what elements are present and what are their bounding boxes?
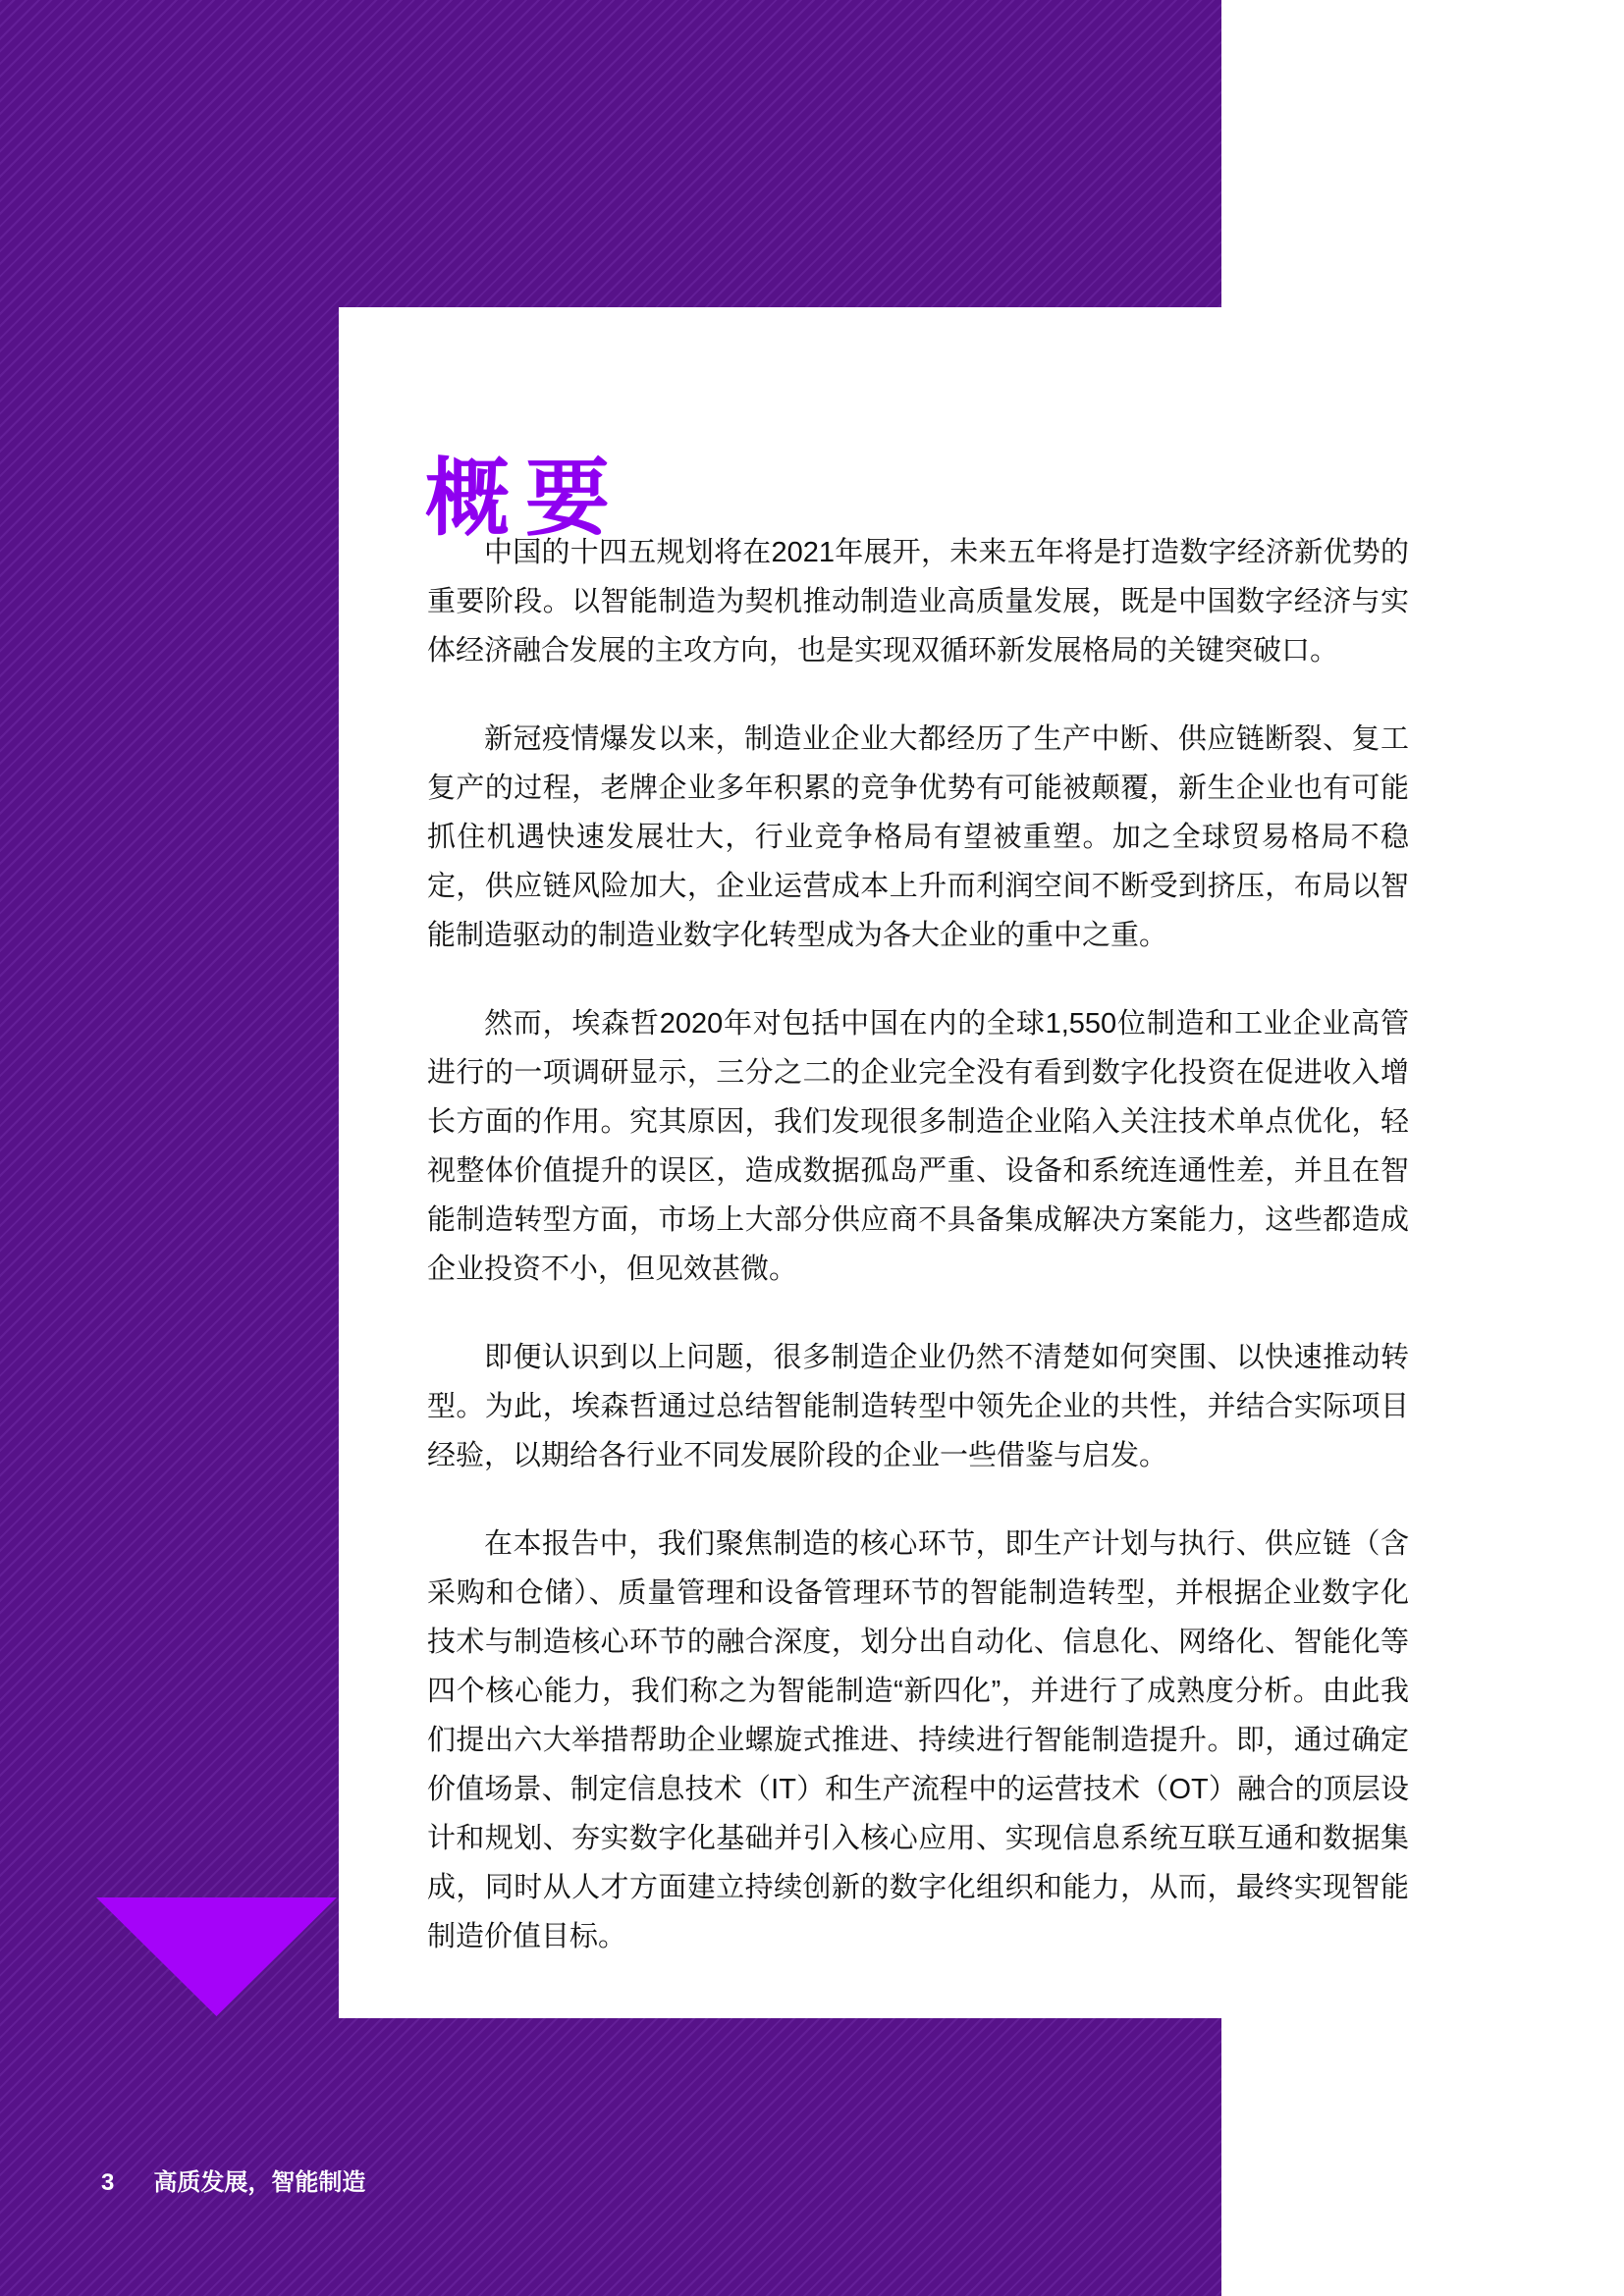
report-page: 概要 中国的十四五规划将在2021年展开，未来五年将是打造数字经济新优势的重要阶… bbox=[0, 0, 1624, 2296]
body-paragraph: 然而，埃森哲2020年对包括中国在内的全球1,550位制造和工业企业高管进行的一… bbox=[427, 999, 1409, 1294]
content-card: 概要 中国的十四五规划将在2021年展开，未来五年将是打造数字经济新优势的重要阶… bbox=[339, 307, 1478, 2018]
body-paragraph: 新冠疫情爆发以来，制造业企业大都经历了生产中断、供应链断裂、复工复产的过程，老牌… bbox=[427, 715, 1409, 960]
body-paragraph: 即便认识到以上问题，很多制造企业仍然不清楚如何突围、以快速推动转型。为此，埃森哲… bbox=[427, 1333, 1409, 1480]
page-number: 3 bbox=[101, 2169, 114, 2197]
page-footer: 3 高质发展，智能制造 bbox=[101, 2163, 365, 2197]
body-paragraph: 中国的十四五规划将在2021年展开，未来五年将是打造数字经济新优势的重要阶段。以… bbox=[427, 528, 1409, 675]
body-paragraph: 在本报告中，我们聚焦制造的核心环节，即生产计划与执行、供应链（含采购和仓储）、质… bbox=[427, 1520, 1409, 1961]
footer-doc-title: 高质发展，智能制造 bbox=[153, 2163, 365, 2197]
body-text-block: 中国的十四五规划将在2021年展开，未来五年将是打造数字经济新优势的重要阶段。以… bbox=[427, 528, 1409, 2001]
